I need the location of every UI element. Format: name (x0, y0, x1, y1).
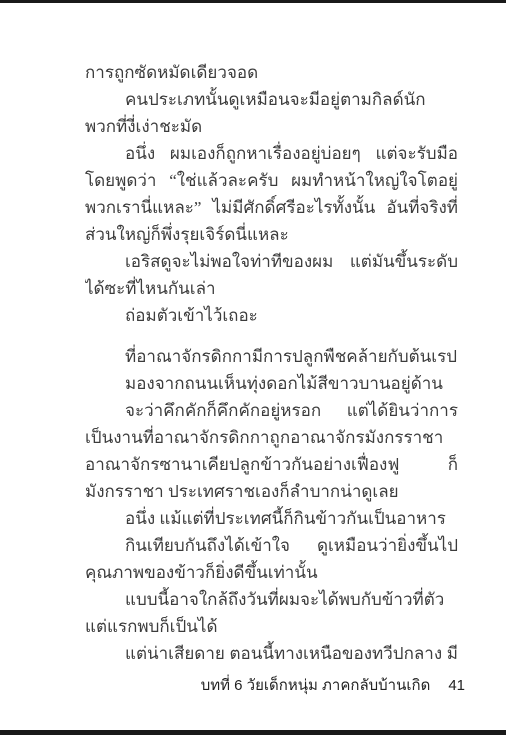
footer-chapter-label: บทที่ 6 วัยเด็กหนุ่ม ภาคกลับบ้านเกิด (201, 677, 431, 694)
text-line: ถ่อมตัวเข้าไว้เถอะ (85, 302, 458, 329)
text-line: แบบนี้อาจใกล้ถึงวันที่ผมจะได้พบกับข้าวที… (85, 586, 458, 613)
text-line: อนึ่ง ผมเองก็ถูกหาเรื่องอยู่บ่อยๆ แต่จะร… (85, 140, 458, 167)
text-line: เอริสดูจะไม่พอใจท่าทีของผม แต่มันขึ้นระด… (85, 248, 458, 275)
text-line: แต่แรกพบก็เป็นได้ (85, 613, 458, 640)
text-line: เป็นงานที่อาณาจักรดิกกาถูกอาณาจักรมังกรร… (85, 424, 458, 451)
text-line: พวกที่งี่เง่าชะมัด (85, 113, 458, 140)
page-text-block: การถูกซัดหมัดเดียวจอด คนประเภทนั้นดูเหมื… (85, 59, 458, 667)
text-line: การถูกซัดหมัดเดียวจอด (85, 59, 458, 86)
text-line: อาณาจักรซานาเคียปลูกข้าวกันอย่างเฟื่องฟู… (85, 451, 458, 478)
text-line: คนประเภทนั้นดูเหมือนจะมีอยู่ตามกิลด์นักผ… (85, 86, 458, 113)
bottom-edge-bar (0, 730, 506, 735)
text-line: จะว่าคึกคักก็คึกคักอยู่หรอก แต่ได้ยินว่า… (85, 397, 458, 424)
text-line: ที่อาณาจักรดิกกามีการปลูกพืชคล้ายกับต้นเ… (85, 343, 458, 370)
text-line: ส่วนใหญ่ก็พึ่งรุยเจิร์ดนี่แหละ (85, 221, 458, 248)
text-line: แต่น่าเสียดาย ตอนนี้ทางเหนือของทวีปกลาง … (85, 640, 458, 667)
section-break (85, 329, 458, 343)
text-line: พวกเรานี่แหละ” ไม่มีศักดิ์ศรีอะไรทั้งนั้… (85, 194, 458, 221)
top-edge-bar (0, 0, 506, 3)
book-page: การถูกซัดหมัดเดียวจอด คนประเภทนั้นดูเหมื… (0, 0, 506, 736)
text-line: อนึ่ง แม้แต่ที่ประเทศนี้ก็กินข้าวกันเป็น… (85, 505, 458, 532)
page-footer: บทที่ 6 วัยเด็กหนุ่ม ภาคกลับบ้านเกิด41 (201, 676, 465, 696)
text-line: มังกรราชา ประเทศราชเองก็ลำบากน่าดูเลย (85, 478, 458, 505)
text-line: คุณภาพของข้าวก็ยิ่งดีขึ้นเท่านั้น (85, 559, 458, 586)
text-line: ได้ซะที่ไหนกันเล่า (85, 275, 458, 302)
text-line: โดยพูดว่า “ใช่แล้วละครับ ผมทำหน้าใหญ่ใจโ… (85, 167, 458, 194)
footer-page-number: 41 (448, 677, 465, 694)
text-line: กินเทียบกันถึงได้เข้าใจ ดูเหมือนว่ายิ่งข… (85, 532, 458, 559)
text-line: มองจากถนนเห็นทุ่งดอกไม้สีขาวบานอยู่ด้านห… (85, 370, 458, 397)
